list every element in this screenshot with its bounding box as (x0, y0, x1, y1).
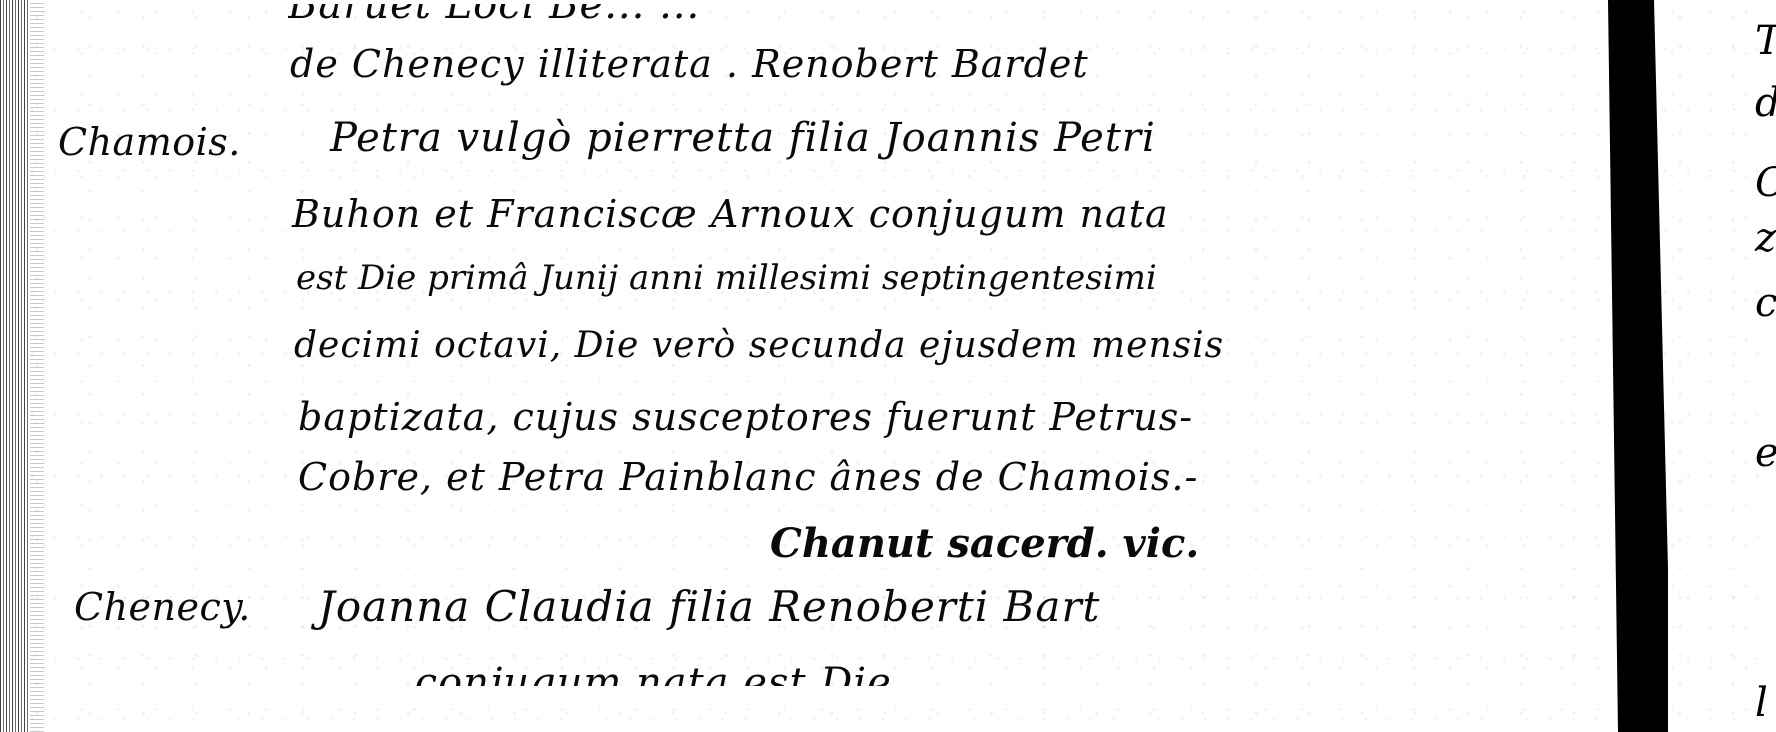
entry-2-line-5: baptizata, cujus susceptores fuerunt Pet… (298, 395, 1193, 439)
margin-note-chenecy: Chenecy. (74, 585, 251, 629)
entry-1-line-1: Baruet Loci Be... ... (288, 0, 700, 28)
facing-page-glyph: T (1755, 18, 1776, 64)
entry-3-line-1: Joanna Claudia filia Renoberti Bart (318, 582, 1100, 631)
entry-2-line-4: decimi octavi, Die verò secunda ejusdem … (294, 325, 1224, 366)
entry-2-line-2: Buhon et Franciscæ Arnoux conjugum nata (292, 192, 1169, 236)
entry-1-line-2: de Chenecy illiterata . Renobert Bardet (290, 42, 1089, 86)
facing-page-glyph: d (1755, 80, 1776, 126)
page-left-edge-scan-noise (0, 0, 30, 732)
book-gutter-shadow (1608, 0, 1668, 732)
facing-page-glyph: C (1755, 160, 1776, 206)
facing-page-glyph: e (1755, 430, 1776, 476)
entry-2-line-6: Cobre, et Petra Painblanc ânes de Chamoi… (298, 455, 1198, 499)
manuscript-page: Baruet Loci Be... ... de Chenecy illiter… (0, 0, 1776, 732)
entry-2-line-1: Petra vulgò pierretta filia Joannis Petr… (330, 115, 1156, 161)
entry-2-signature: Chanut sacerd. vic. (770, 520, 1199, 567)
entry-2-line-3: est Die primâ Junij anni millesimi septi… (296, 258, 1157, 298)
entry-3-line-2: ... ... ... conjugum nata est Die (250, 660, 892, 706)
facing-page-glyph: c (1755, 280, 1776, 326)
facing-page-glyph: l (1755, 680, 1768, 726)
facing-page-glyph: z (1755, 215, 1776, 261)
margin-note-chamois: Chamois. (58, 120, 241, 164)
